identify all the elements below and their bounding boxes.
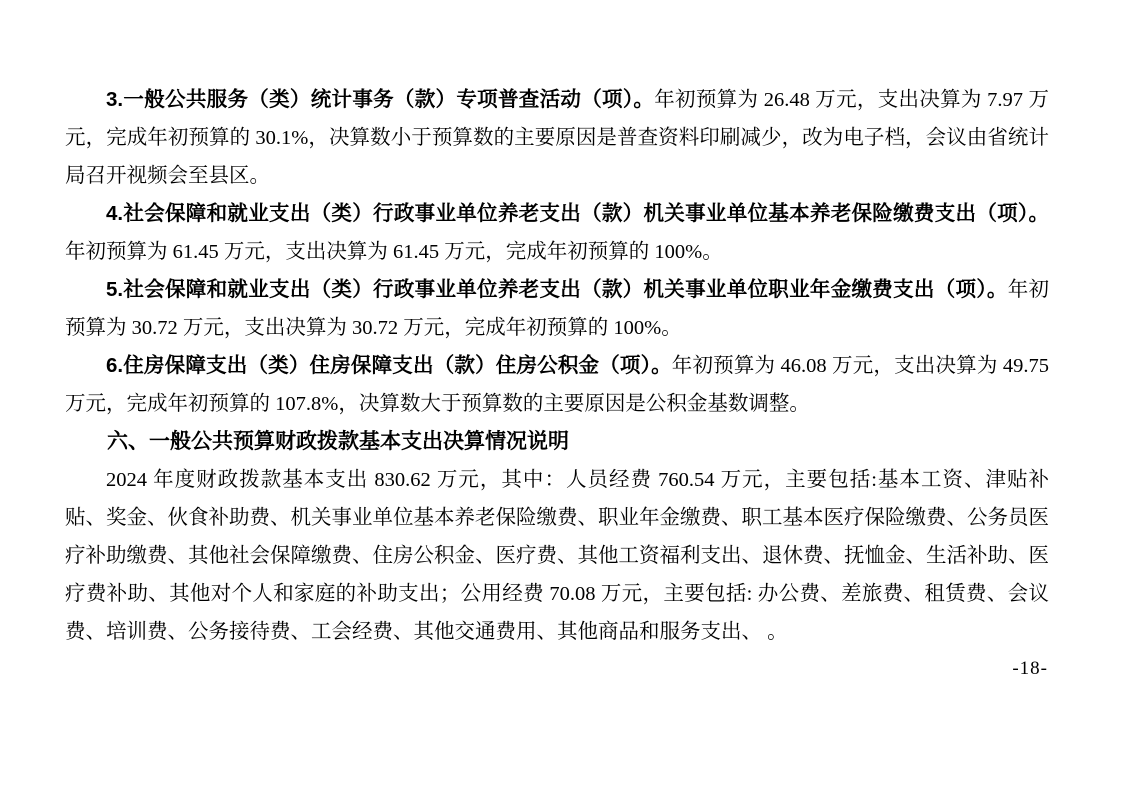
- paragraph-item-3: 3.一般公共服务（类）统计事务（款）专项普查活动（项）。年初预算为 26.48 …: [65, 81, 1049, 195]
- paragraph-item-6: 6.住房保障支出（类）住房保障支出（款）住房公积金（项）。年初预算为 46.08…: [65, 347, 1049, 423]
- document-content: 3.一般公共服务（类）统计事务（款）专项普查活动（项）。年初预算为 26.48 …: [65, 81, 1049, 651]
- paragraph-3-lead: 3.一般公共服务（类）统计事务（款）专项普查活动（项）。: [106, 88, 654, 111]
- paragraph-5-lead: 5.社会保障和就业支出（类）行政事业单位养老支出（款）机关事业单位职业年金缴费支…: [106, 278, 1008, 301]
- section-heading-six: 六、一般公共预算财政拨款基本支出决算情况说明: [65, 423, 1049, 461]
- paragraph-item-5: 5.社会保障和就业支出（类）行政事业单位养老支出（款）机关事业单位职业年金缴费支…: [65, 271, 1049, 347]
- document-page: 3.一般公共服务（类）统计事务（款）专项普查活动（项）。年初预算为 26.48 …: [0, 0, 1122, 793]
- paragraph-4-lead: 4.社会保障和就业支出（类）行政事业单位养老支出（款）机关事业单位基本养老保险缴…: [106, 202, 1049, 225]
- paragraph-6-lead: 6.住房保障支出（类）住房保障支出（款）住房公积金（项）。: [106, 354, 672, 377]
- paragraph-4-body: 年初预算为 61.45 万元，支出决算为 61.45 万元，完成年初预算的 10…: [65, 241, 723, 263]
- page-number: -18-: [1012, 656, 1048, 682]
- paragraph-item-4: 4.社会保障和就业支出（类）行政事业单位养老支出（款）机关事业单位基本养老保险缴…: [65, 195, 1049, 271]
- paragraph-basic-expenditure: 2024 年度财政拨款基本支出 830.62 万元，其中：人员经费 760.54…: [65, 461, 1049, 651]
